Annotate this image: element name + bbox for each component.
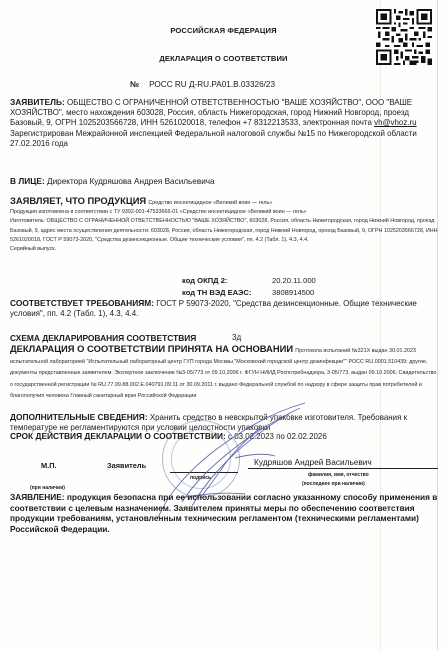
applicant-label: ЗАЯВИТЕЛЬ:	[10, 97, 65, 107]
tnved-label: код ТН ВЭД ЕАЭС:	[182, 288, 272, 297]
person-text: Директора Кудряшова Андрея Васильевича	[47, 177, 215, 186]
applicant-email-link[interactable]: vh@vhoz.ru	[374, 118, 416, 127]
scheme-label: СХЕМА ДЕКЛАРИРОВАНИЯ СООТВЕТСТВИЯ	[10, 333, 196, 343]
classification-codes: код ОКПД 2: 20.20.11.000 код ТН ВЭД ЕАЭС…	[182, 275, 316, 298]
basis-section: ДЕКЛАРАЦИЯ О СООТВЕТСТВИИ ПРИНЯТА НА ОСН…	[10, 344, 438, 401]
validity-text: с 03.02.2023 по 02.02.2026	[228, 432, 327, 441]
complies-label: СООТВЕТСТВУЕТ ТРЕБОВАНИЯМ:	[10, 298, 154, 308]
applicant-section: ЗАЯВИТЕЛЬ: ОБЩЕСТВО С ОГРАНИЧЕННОЙ ОТВЕТ…	[10, 97, 438, 149]
signer-name: Кудряшов Андрей Васильевич	[254, 457, 372, 467]
okpd-value: 20.20.11.000	[272, 276, 316, 285]
product-manufactured: Продукция изготовлена в соответствии с Т…	[10, 208, 438, 217]
applicant-text: ОБЩЕСТВО С ОГРАНИЧЕННОЙ ОТВЕТСТВЕННОСТЬЮ…	[10, 98, 412, 127]
product-label: ЗАЯВЛЯЕТ, ЧТО ПРОДУКЦИЯ	[10, 195, 146, 206]
okpd-label: код ОКПД 2:	[182, 276, 272, 285]
qr-code-icon[interactable]	[376, 9, 432, 65]
declaration-number: №РОСС RU Д-RU.РА01.В.03326/23	[130, 80, 275, 89]
tnved-value: 3808914500	[272, 288, 314, 297]
signer-name-caption-note: (последнее при наличии)	[302, 481, 365, 487]
signature-line	[170, 472, 238, 473]
complies-section: СООТВЕТСТВУЕТ ТРЕБОВАНИЯМ: ГОСТ Р 59073-…	[10, 298, 438, 319]
signature-caption: подпись	[190, 475, 211, 481]
applicant-registration: Зарегистрирован Межрайонной инспекцией Ф…	[10, 129, 417, 148]
product-section: ЗАЯВЛЯЕТ, ЧТО ПРОДУКЦИЯ Средство инсекти…	[10, 195, 438, 254]
signer-role-label: Заявитель	[107, 461, 146, 470]
statement-text: продукция безопасна при ее использовании…	[10, 492, 437, 534]
seal-place-label: М.П.	[41, 461, 57, 470]
number-sign: №	[130, 80, 139, 89]
statement-label: ЗАЯВЛЕНИЕ:	[10, 492, 65, 502]
person-label: В ЛИЦЕ:	[10, 176, 45, 186]
seal-place-caption: (при наличии)	[30, 485, 65, 491]
scheme-value: 3д	[232, 333, 241, 343]
basis-label: ДЕКЛАРАЦИЯ О СООТВЕТСТВИИ ПРИНЯТА НА ОСН…	[10, 343, 293, 354]
signature-row: М.П. (при наличии) Заявитель подпись Куд…	[0, 456, 447, 496]
statement-section: ЗАЯВЛЕНИЕ: продукция безопасна при ее ис…	[10, 492, 438, 534]
declaration-page: РОССИЙСКАЯ ФЕДЕРАЦИЯ ДЕКЛАРАЦИЯ О СООТВЕ…	[0, 0, 447, 650]
person-section: В ЛИЦЕ: Директора Кудряшова Андрея Васил…	[10, 176, 438, 187]
signer-name-line	[248, 468, 438, 469]
basis-text: Протокола испытаний №321Х выдан 30.01.20…	[10, 348, 436, 399]
additional-info-label: ДОПОЛНИТЕЛЬНЫЕ СВЕДЕНИЯ:	[10, 412, 148, 422]
signer-name-caption: фамилия, имя, отчество	[308, 472, 369, 478]
number-value: РОСС RU Д-RU.РА01.В.03326/23	[149, 80, 275, 89]
product-manufacturer: Изготовитель: ОБЩЕСТВО С ОГРАНИЧЕННОЙ ОТ…	[10, 217, 438, 245]
product-name: Средство инсектицидное «Великий воин — г…	[148, 200, 272, 206]
product-release: Серийный выпуск.	[10, 245, 438, 254]
